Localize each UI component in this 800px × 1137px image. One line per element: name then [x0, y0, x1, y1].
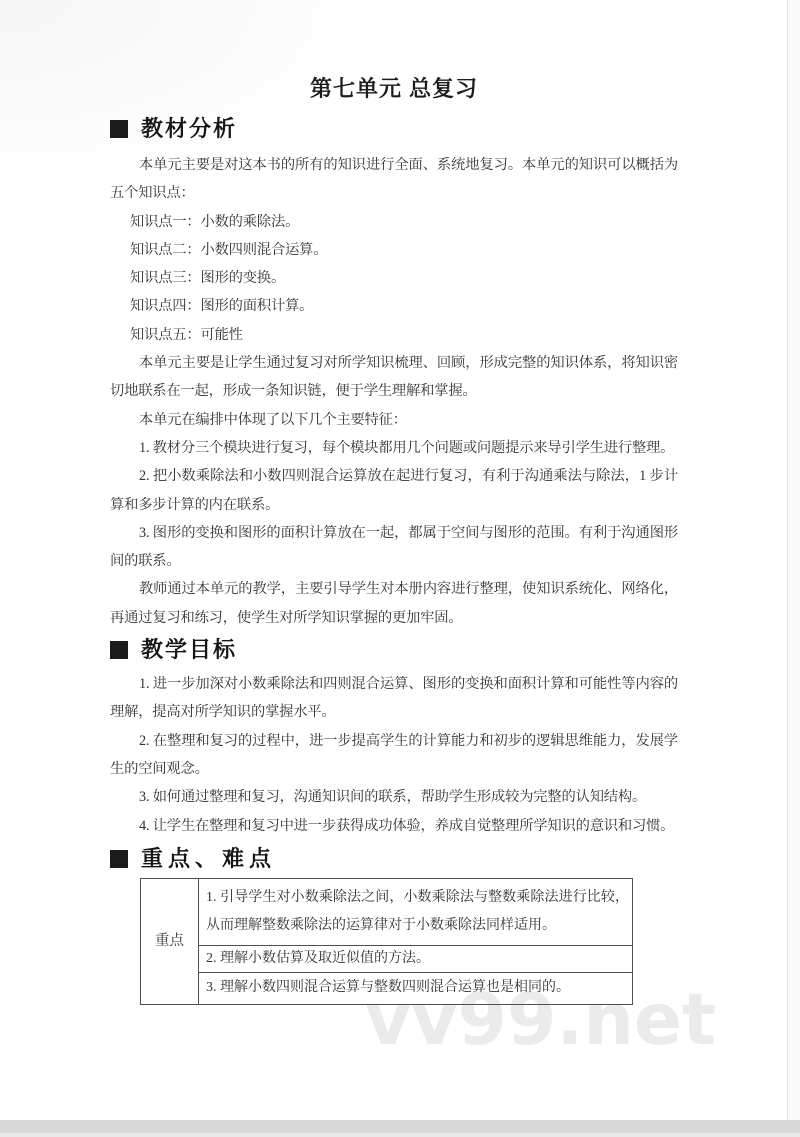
section-heading-label: 教学目标 — [141, 637, 237, 663]
page-title: 第七单元 总复习 — [110, 75, 678, 102]
table-row: 2. 理解小数估算及取近似值的方法。 — [141, 945, 633, 972]
black-square-icon — [110, 641, 128, 659]
paragraph: 2. 在整理和复习的过程中，进一步提高学生的计算能力和初步的逻辑思维能力，发展学… — [110, 727, 678, 784]
black-square-icon — [110, 120, 128, 138]
footer-light-band — [0, 1133, 800, 1137]
paragraph: 知识点一：小数的乘除法。 — [110, 208, 678, 236]
paragraph: 本单元主要是对这本书的所有的知识进行全面、系统地复习。本单元的知识可以概括为五个… — [110, 151, 678, 208]
paragraph: 3. 如何通过整理和复习，沟通知识间的联系，帮助学生形成较为完整的认知结构。 — [110, 783, 678, 811]
page-edge-line — [787, 0, 788, 1120]
section-heading-key-points: 重点、难点 — [110, 846, 678, 872]
paragraph: 知识点三：图形的变换。 — [110, 264, 678, 292]
paragraph: 1. 进一步加深对小数乘除法和四则混合运算、图形的变换和面积计算和可能性等内容的… — [110, 670, 678, 727]
paragraph: 3. 图形的变换和图形的面积计算放在一起，都属于空间与图形的范围。有利于沟通图形… — [110, 519, 678, 576]
table-row: 重点 1. 引导学生对小数乘除法之间，小数乘除法与整数乘除法进行比较，从而理解整… — [141, 878, 633, 945]
table-cell: 3. 理解小数四则混合运算与整数四则混合运算也是相同的。 — [199, 972, 633, 1004]
paragraph: 知识点二：小数四则混合运算。 — [110, 236, 678, 264]
paragraph: 教师通过本单元的教学，主要引导学生对本册内容进行整理，使知识系统化、网络化，再通… — [110, 575, 678, 632]
table-row-header: 重点 — [141, 878, 199, 1004]
section-heading-label: 教材分析 — [141, 116, 237, 142]
paragraph: 本单元主要是让学生通过复习对所学知识梳理、回顾，形成完整的知识体系，将知识密切地… — [110, 349, 678, 406]
section-heading-label: 重点、难点 — [141, 846, 276, 872]
paragraph: 知识点四：图形的面积计算。 — [110, 292, 678, 320]
paragraph: 1. 教材分三个模块进行复习，每个模块都用几个问题或问题提示来导引学生进行整理。 — [110, 434, 678, 462]
black-square-icon — [110, 850, 128, 868]
section-heading-textbook-analysis: 教材分析 — [110, 116, 678, 142]
section-body-teaching-goals: 1. 进一步加深对小数乘除法和四则混合运算、图形的变换和面积计算和可能性等内容的… — [110, 670, 678, 840]
table-row: 3. 理解小数四则混合运算与整数四则混合运算也是相同的。 — [141, 972, 633, 1004]
paragraph: 知识点五：可能性 — [110, 321, 678, 349]
paragraph: 4. 让学生在整理和复习中进一步获得成功体验，养成自觉整理所学知识的意识和习惯。 — [110, 812, 678, 840]
section-heading-teaching-goals: 教学目标 — [110, 637, 678, 663]
paragraph: 2. 把小数乘除法和小数四则混合运算放在起进行复习，有利于沟通乘法与除法，1 步… — [110, 462, 678, 519]
table-cell: 2. 理解小数估算及取近似值的方法。 — [199, 945, 633, 972]
key-points-table: 重点 1. 引导学生对小数乘除法之间，小数乘除法与整数乘除法进行比较，从而理解整… — [140, 878, 633, 1005]
table-cell: 1. 引导学生对小数乘除法之间，小数乘除法与整数乘除法进行比较，从而理解整数乘除… — [199, 878, 633, 945]
page-right-strip — [788, 0, 800, 1120]
section-body-textbook-analysis: 本单元主要是对这本书的所有的知识进行全面、系统地复习。本单元的知识可以概括为五个… — [110, 151, 678, 632]
document-content: 第七单元 总复习 教材分析 本单元主要是对这本书的所有的知识进行全面、系统地复习… — [110, 0, 678, 1005]
document-page: vv99.net 第七单元 总复习 教材分析 本单元主要是对这本书的所有的知识进… — [0, 0, 800, 1137]
paragraph: 本单元在编排中体现了以下几个主要特征： — [110, 406, 678, 434]
footer-gray-band — [0, 1120, 800, 1133]
